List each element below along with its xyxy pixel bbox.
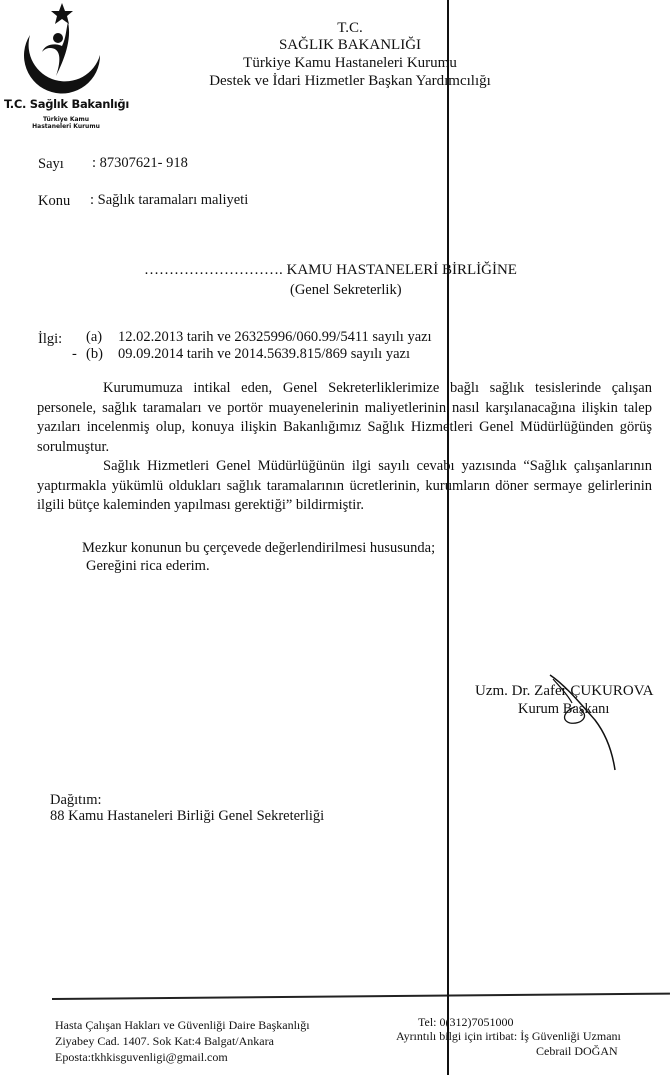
footer-tel: Tel: 0(312)7051000 xyxy=(418,1015,513,1030)
body-paragraph-2: Sağlık Hizmetleri Genel Müdürlüğünün ilg… xyxy=(37,457,652,516)
closing-line-2: Gereğini rica ederim. xyxy=(86,558,210,575)
konu-label: Konu xyxy=(38,193,70,210)
recipient-line: ………………………. KAMU HASTANELERİ BİRLİĞİNE xyxy=(144,262,517,279)
ilgi-item-a-text: 12.02.2013 tarih ve 26325996/060.99/5411… xyxy=(118,329,432,346)
logo-subtitle-line2: Hastaneleri Kurumu xyxy=(0,123,132,130)
distribution-label: Dağıtım: xyxy=(50,792,102,809)
footer-department: Hasta Çalışan Hakları ve Güvenliği Daire… xyxy=(55,1018,310,1033)
footer-divider xyxy=(52,993,670,1000)
footer-email: Eposta:tkhkisguvenligi@gmail.com xyxy=(55,1050,228,1065)
ilgi-label: İlgi: xyxy=(38,331,62,348)
scan-fold-line xyxy=(447,0,449,1075)
closing-line-1: Mezkur konunun bu çerçevede değerlendiri… xyxy=(82,540,435,557)
header-department: Destek ve İdari Hizmetler Başkan Yardımc… xyxy=(190,73,510,90)
recipient-subline: (Genel Sekreterlik) xyxy=(290,282,402,299)
ministry-logo: T.C. Sağlık Bakanlığı Türkiye Kamu Hasta… xyxy=(0,0,132,130)
handwritten-signature-icon xyxy=(520,665,640,775)
header-institution: Türkiye Kamu Hastaneleri Kurumu xyxy=(190,55,510,72)
distribution-value: 88 Kamu Hastaneleri Birliği Genel Sekret… xyxy=(50,808,324,825)
header-tc: T.C. xyxy=(190,20,510,37)
konu-value: : Sağlık taramaları maliyeti xyxy=(90,192,248,209)
header-ministry: SAĞLIK BAKANLIĞI xyxy=(190,37,510,54)
crescent-star-figure-icon xyxy=(0,0,132,100)
paragraph-1-text: Kurumumuza intikal eden, Genel Sekreterl… xyxy=(37,380,652,455)
body-paragraph-1: Kurumumuza intikal eden, Genel Sekreterl… xyxy=(37,379,652,457)
paragraph-2-text: Sağlık Hizmetleri Genel Müdürlüğünün ilg… xyxy=(37,458,652,513)
sayi-value: : 87307621- 918 xyxy=(92,155,188,172)
ilgi-item-b-dash: - xyxy=(72,346,77,363)
logo-subtitle-line1: Türkiye Kamu xyxy=(0,116,132,123)
footer-contact-name: Cebrail DOĞAN xyxy=(536,1044,618,1059)
ilgi-item-b-marker: (b) xyxy=(86,346,103,363)
sayi-label: Sayı xyxy=(38,156,64,173)
logo-title: T.C. Sağlık Bakanlığı xyxy=(4,97,129,111)
ilgi-item-a-marker: (a) xyxy=(86,329,102,346)
footer-contact-label: Ayrıntılı bilgi için irtibat: İş Güvenli… xyxy=(396,1029,621,1044)
footer-address: Ziyabey Cad. 1407. Sok Kat:4 Balgat/Anka… xyxy=(55,1034,274,1049)
ilgi-item-b-text: 09.09.2014 tarih ve 2014.5639.815/869 sa… xyxy=(118,346,410,363)
